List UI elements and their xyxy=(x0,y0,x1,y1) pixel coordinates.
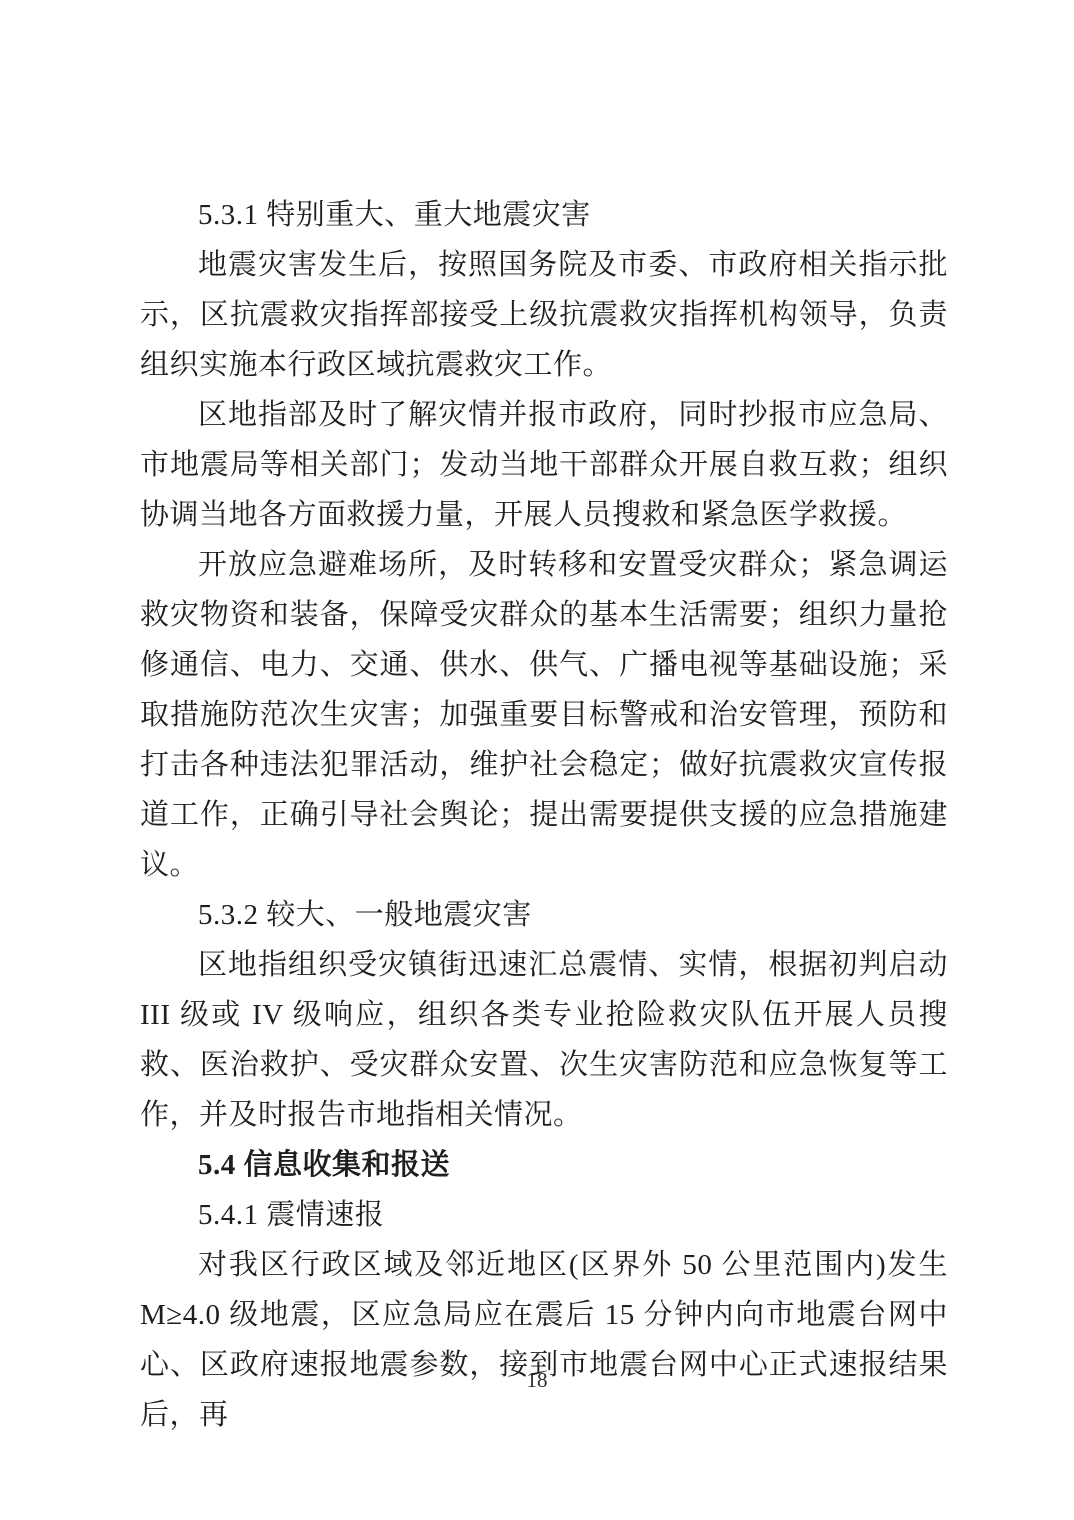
section-heading: 5.3.1 特别重大、重大地震灾害 xyxy=(140,190,948,240)
page-number: 18 xyxy=(0,1366,1074,1394)
body-paragraph: 开放应急避难场所，及时转移和安置受灾群众；紧急调运救灾物资和装备，保障受灾群众的… xyxy=(140,540,948,890)
section-heading: 5.4.1 震情速报 xyxy=(140,1190,948,1240)
body-paragraph: 区地指部及时了解灾情并报市政府，同时抄报市应急局、市地震局等相关部门；发动当地干… xyxy=(140,390,948,540)
body-paragraph: 区地指组织受灾镇街迅速汇总震情、实情，根据初判启动 III 级或 IV 级响应，… xyxy=(140,940,948,1140)
section-heading: 5.3.2 较大、一般地震灾害 xyxy=(140,890,948,940)
body-paragraph: 对我区行政区域及邻近地区(区界外 50 公里范围内)发生 M≥4.0 级地震，区… xyxy=(140,1240,948,1440)
document-body: 5.3.1 特别重大、重大地震灾害地震灾害发生后，按照国务院及市委、市政府相关指… xyxy=(140,190,948,1440)
body-paragraph: 地震灾害发生后，按照国务院及市委、市政府相关指示批示，区抗震救灾指挥部接受上级抗… xyxy=(140,240,948,390)
document-page: 5.3.1 特别重大、重大地震灾害地震灾害发生后，按照国务院及市委、市政府相关指… xyxy=(0,0,1074,1520)
section-heading: 5.4 信息收集和报送 xyxy=(140,1140,948,1190)
